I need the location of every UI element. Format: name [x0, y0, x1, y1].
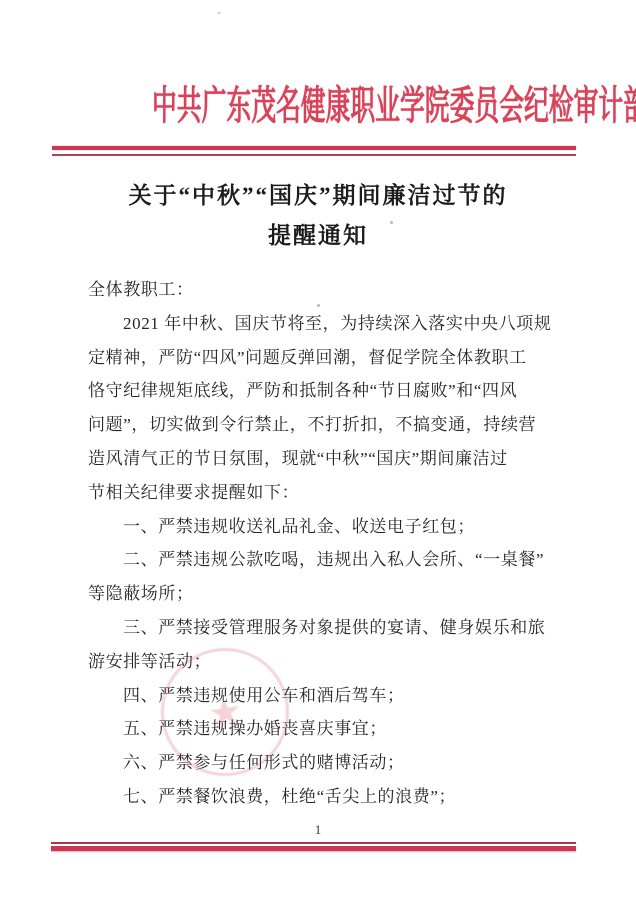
- body-line: 节相关纪律要求提醒如下：: [88, 476, 568, 510]
- body-line: 二、严禁违规公款吃喝，违规出入私人会所、“一桌餐”: [88, 543, 568, 577]
- body-line: 等隐蔽场所；: [88, 577, 568, 611]
- body-line: 恪守纪律规矩底线，严防和抵制各种“节日腐败”和“四风: [88, 374, 568, 408]
- body-line: 四、严禁违规使用公车和酒后驾车；: [88, 679, 568, 713]
- scan-speck: [390, 221, 393, 224]
- footer-divider-thin-line: [51, 842, 576, 844]
- document-body: 全体教职工： 2021 年中秋、国庆节将至，为持续深入落实中央八项规定精神，严防…: [88, 273, 568, 814]
- footer-divider: [51, 842, 576, 851]
- document-title-line1: 关于“中秋”“国庆”期间廉洁过节的: [0, 176, 636, 216]
- letterhead-divider: [52, 146, 576, 156]
- body-line: 六、严禁参与任何形式的赌博活动；: [88, 746, 568, 780]
- document-title: 关于“中秋”“国庆”期间廉洁过节的 提醒通知: [0, 176, 636, 256]
- document-title-line2: 提醒通知: [0, 216, 636, 256]
- footer-divider-thick-line: [51, 846, 576, 851]
- body-line: 造风清气正的节日氛围，现就“中秋”“国庆”期间廉洁过: [88, 442, 568, 476]
- body-lines: 2021 年中秋、国庆节将至，为持续深入落实中央八项规定精神，严防“四风”问题反…: [88, 307, 568, 814]
- letterhead-divider-thin-line: [52, 154, 576, 156]
- body-line: 三、严禁接受管理服务对象提供的宴请、健身娱乐和旅: [88, 611, 568, 645]
- letterhead-divider-thick-line: [52, 146, 576, 150]
- salutation: 全体教职工：: [88, 273, 568, 307]
- page-number: 1: [0, 822, 636, 838]
- document-page: 中共广东茂名健康职业学院委员会纪检审计部 关于“中秋”“国庆”期间廉洁过节的 提…: [0, 0, 636, 900]
- body-line: 定精神，严防“四风”问题反弹回潮，督促学院全体教职工: [88, 341, 568, 375]
- letterhead: 中共广东茂名健康职业学院委员会纪检审计部: [0, 82, 636, 130]
- scan-speck: [217, 12, 221, 14]
- body-line: 游安排等活动；: [88, 645, 568, 679]
- body-line: 五、严禁违规操办婚丧喜庆事宜；: [88, 712, 568, 746]
- letterhead-text: 中共广东茂名健康职业学院委员会纪检审计部: [152, 82, 636, 130]
- body-line: 七、严禁餐饮浪费，杜绝“舌尖上的浪费”；: [88, 780, 568, 814]
- body-line: 一、严禁违规收送礼品礼金、收送电子红包；: [88, 510, 568, 544]
- scan-speck: [317, 304, 320, 307]
- body-line: 2021 年中秋、国庆节将至，为持续深入落实中央八项规: [88, 307, 568, 341]
- body-line: 问题”，切实做到令行禁止，不打折扣，不搞变通，持续营: [88, 408, 568, 442]
